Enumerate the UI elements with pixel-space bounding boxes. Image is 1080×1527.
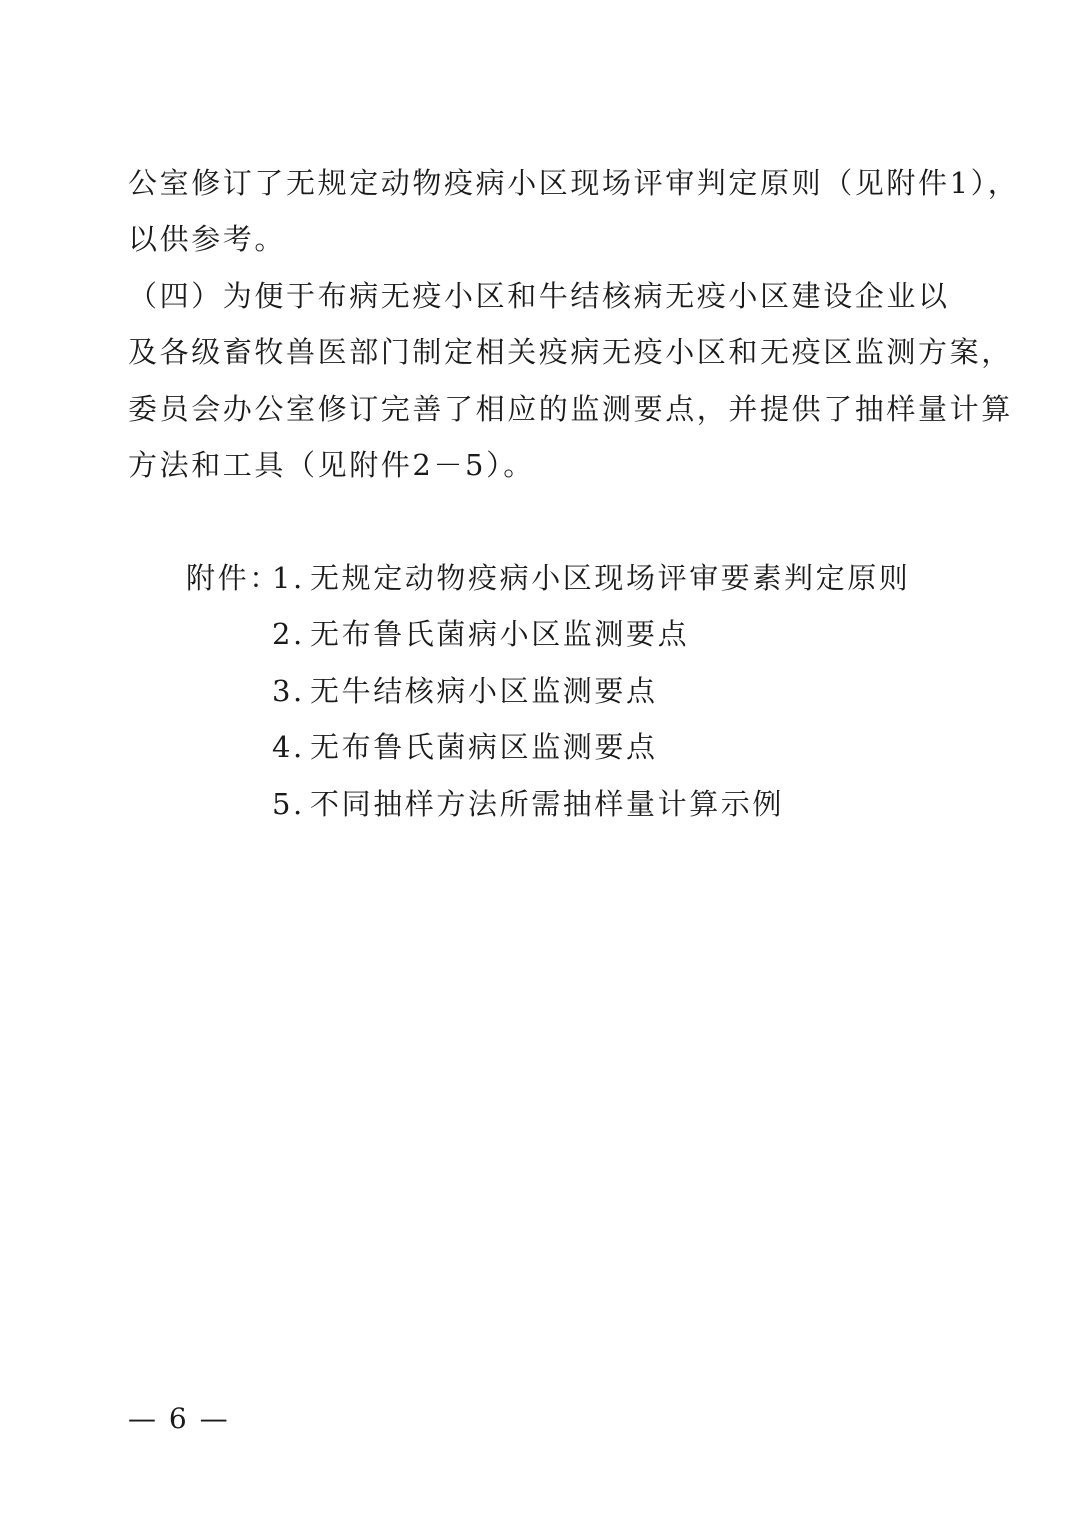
attachment-number: 1.: [272, 558, 310, 598]
page-number: — 6 —: [128, 1399, 230, 1439]
attachments-label: 附件：: [186, 558, 281, 598]
attachment-item: 1.无规定动物疫病小区现场评审要素判定原则: [272, 558, 910, 598]
attachment-item: 4.无布鲁氏菌病区监测要点: [272, 727, 658, 767]
attachment-item: 5.不同抽样方法所需抽样量计算示例: [272, 784, 784, 824]
paragraph-4-line-1: （四）为便于布病无疫小区和牛结核病无疫小区建设企业以: [128, 276, 950, 316]
attachment-title: 无牛结核病小区监测要点: [310, 674, 658, 708]
paragraph-3-line-1: 公室修订了无规定动物疫病小区现场评审判定原则（见附件1），: [128, 163, 1019, 203]
attachment-item: 2.无布鲁氏菌病小区监测要点: [272, 614, 689, 654]
attachment-item: 3.无牛结核病小区监测要点: [272, 671, 658, 711]
paragraph-4-line-2: 及各级畜牧兽医部门制定相关疫病无疫小区和无疫区监测方案，: [128, 332, 1013, 372]
attachment-title: 不同抽样方法所需抽样量计算示例: [310, 787, 784, 821]
attachment-title: 无布鲁氏菌病区监测要点: [310, 730, 658, 764]
attachment-number: 4.: [272, 727, 310, 767]
attachment-number: 2.: [272, 614, 310, 654]
document-page: 公室修订了无规定动物疫病小区现场评审判定原则（见附件1）， 以供参考。 （四）为…: [0, 0, 1080, 1527]
attachment-number: 3.: [272, 671, 310, 711]
attachment-title: 无规定动物疫病小区现场评审要素判定原则: [310, 561, 910, 595]
paragraph-4-line-4: 方法和工具（见附件2－5）。: [128, 445, 535, 485]
attachment-number: 5.: [272, 784, 310, 824]
paragraph-4-line-3: 委员会办公室修订完善了相应的监测要点，并提供了抽样量计算: [128, 389, 1013, 429]
paragraph-3-line-2: 以供参考。: [128, 219, 286, 259]
attachment-title: 无布鲁氏菌病小区监测要点: [310, 617, 689, 651]
